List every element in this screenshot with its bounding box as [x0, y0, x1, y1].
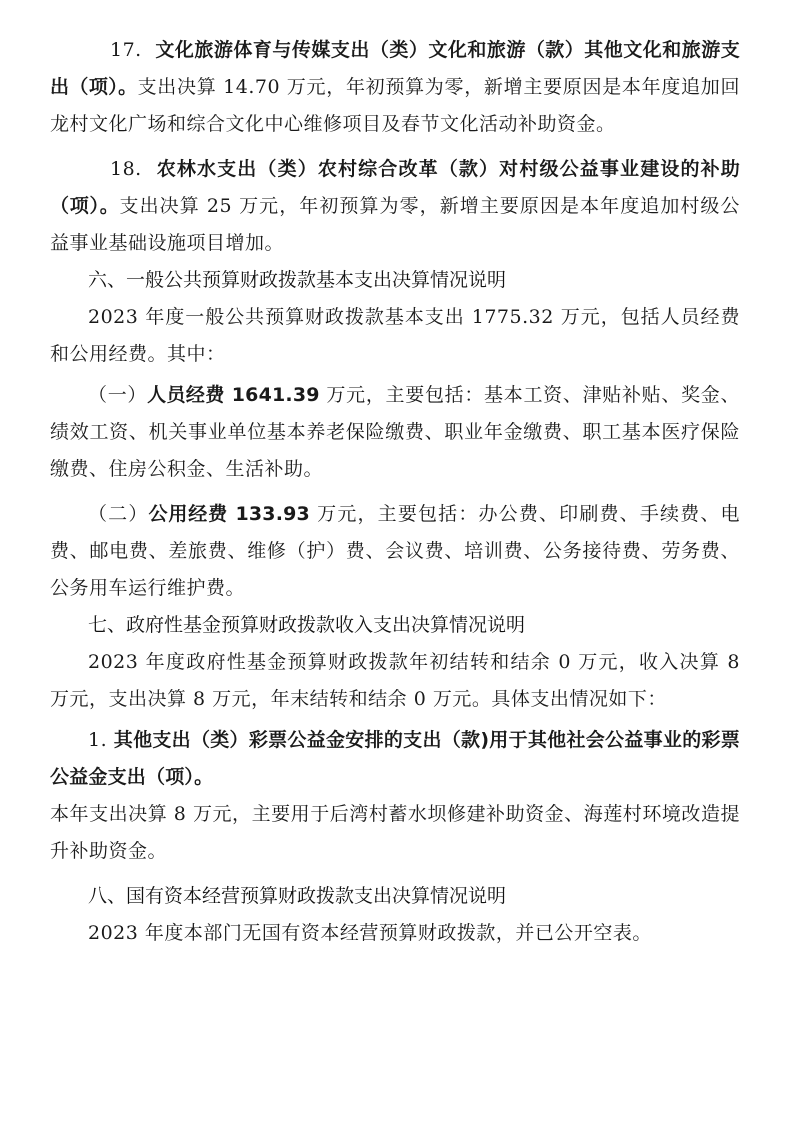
section-6-intro: 2023 年度一般公共预算财政拨款基本支出 1775.32 万元，包括人员经费和…	[50, 299, 740, 373]
item-17: 17. 文化旅游体育与传媒支出（类）文化和旅游（款）其他文化和旅游支出（项）。支…	[50, 32, 740, 143]
section-6-heading: 六、一般公共预算财政拨款基本支出决算情况说明	[50, 262, 740, 299]
item-17-number: 17.	[110, 39, 142, 61]
document-page: 17. 文化旅游体育与传媒支出（类）文化和旅游（款）其他文化和旅游支出（项）。支…	[50, 32, 740, 952]
section-7-item-1: 1. 其他支出（类）彩票公益金安排的支出（款)用于其他社会公益事业的彩票公益金支…	[50, 722, 740, 796]
section-7-item-1-number: 1.	[88, 729, 107, 751]
item-17-body: 支出决算 14.70 万元，年初预算为零，新增主要原因是本年度追加回龙村文化广场…	[50, 76, 740, 135]
public-prefix: （二）	[88, 503, 149, 525]
personnel-expenses-paragraph: （一）人员经费 1641.39 万元，主要包括：基本工资、津贴补贴、奖金、绩效工…	[50, 377, 740, 488]
section-8-heading: 八、国有资本经营预算财政拨款支出决算情况说明	[50, 878, 740, 915]
section-7-item-1-title: 其他支出（类）彩票公益金安排的支出（款)用于其他社会公益事业的彩票公益金支出（项…	[50, 729, 740, 788]
section-7-heading: 七、政府性基金预算财政拨款收入支出决算情况说明	[50, 607, 740, 644]
public-label: 公用经费 133.93	[149, 503, 310, 525]
section-7-intro: 2023 年度政府性基金预算财政拨款年初结转和结余 0 万元，收入决算 8 万元…	[50, 644, 740, 718]
section-7-detail: 本年支出决算 8 万元，主要用于后湾村蓄水坝修建补助资金、海莲村环境改造提升补助…	[50, 796, 740, 870]
item-18-number: 18.	[110, 158, 142, 180]
personnel-prefix: （一）	[88, 384, 147, 406]
public-expenses-paragraph: （二）公用经费 133.93 万元，主要包括：办公费、印刷费、手续费、电费、邮电…	[50, 496, 740, 607]
section-8-body: 2023 年度本部门无国有资本经营预算财政拨款，并已公开空表。	[50, 915, 740, 952]
personnel-label: 人员经费 1641.39	[147, 384, 320, 406]
item-18: 18. 农林水支出（类）农村综合改革（款）对村级公益事业建设的补助（项）。支出决…	[50, 151, 740, 262]
item-18-body: 支出决算 25 万元，年初预算为零，新增主要原因是本年度追加村级公益事业基础设施…	[50, 195, 740, 254]
